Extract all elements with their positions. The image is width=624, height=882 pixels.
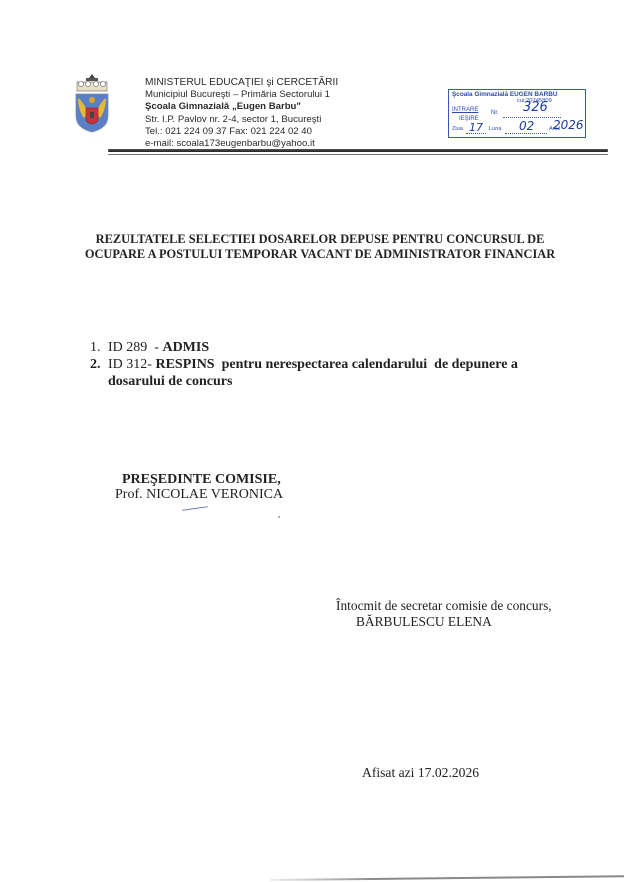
- document-title: REZULTATELE SELECTIEI DOSARELOR DEPUSE P…: [80, 232, 560, 262]
- stamp-luna-label: Luna: [489, 126, 501, 132]
- result-status: ADMIS: [162, 340, 209, 355]
- result-reason: pentru nerespectarea calendarului de dep…: [215, 357, 518, 372]
- signature-mark: [182, 506, 208, 511]
- result-item: 1. ID 289 - ADMIS: [90, 339, 518, 356]
- president-title: PREŞEDINTE COMISIE,: [122, 472, 281, 488]
- coat-of-arms-icon: [72, 72, 112, 134]
- results-list: 1. ID 289 - ADMIS 2. ID 312- RESPINS pen…: [90, 339, 518, 390]
- stamp-school: Şcoala Gimnazială EUGEN BARBU: [452, 91, 557, 98]
- secretary-name: BĂRBULESCU ELENA: [356, 614, 492, 630]
- result-item-continuation: dosarului de concurs: [90, 373, 518, 390]
- registration-stamp: Şcoala Gimnazială EUGEN BARBU cui:207458…: [448, 89, 586, 138]
- school-name: Şcoala Gimnazială „Eugen Barbu": [145, 101, 338, 113]
- stamp-nr-value: 326: [523, 100, 548, 115]
- signature-dot: [278, 516, 280, 518]
- stamp-intrare: INTRARE: [452, 107, 478, 113]
- school-address: Str. I.P. Pavlov nr. 2-4, sector 1, Bucu…: [145, 114, 338, 126]
- municipality: Municipiul Bucureşti – Primăria Sectorul…: [145, 89, 338, 101]
- president-name: Prof. NICOLAE VERONICA: [115, 487, 283, 503]
- scan-edge-line: [270, 875, 624, 880]
- result-id: ID 312: [108, 357, 147, 372]
- result-number: 1.: [90, 339, 101, 356]
- stamp-anul-value: 2026: [553, 118, 584, 132]
- result-status: RESPINS: [155, 357, 214, 372]
- header-divider-thin: [108, 154, 608, 155]
- header-divider: [108, 149, 608, 152]
- result-item: 2. ID 312- RESPINS pentru nerespectarea …: [90, 356, 518, 373]
- phone-fax: Tel.: 021 224 09 37 Fax: 021 224 02 40: [145, 126, 338, 138]
- title-line-1: REZULTATELE SELECTIEI DOSARELOR DEPUSE P…: [80, 232, 560, 247]
- secretary-label: Întocmit de secretar comisie de concurs,: [336, 598, 552, 614]
- result-number: 2.: [90, 356, 101, 373]
- result-id: ID 289: [108, 340, 147, 355]
- result-reason-continued: dosarului de concurs: [108, 374, 232, 389]
- letterhead: MINISTERUL EDUCAŢIEI şi CERCETĂRII Munic…: [145, 77, 338, 150]
- posted-date: Afisat azi 17.02.2026: [362, 765, 479, 781]
- stamp-ziua-value: 17: [469, 121, 483, 134]
- stamp-ziua-label: Ziua: [452, 126, 463, 132]
- ministry-name: MINISTERUL EDUCAŢIEI şi CERCETĂRII: [145, 77, 338, 89]
- result-separator: -: [147, 340, 162, 355]
- title-line-2: OCUPARE A POSTULUI TEMPORAR VACANT DE AD…: [80, 247, 560, 262]
- stamp-luna-value: 02: [519, 119, 534, 133]
- stamp-nr-label: Nr.: [491, 110, 499, 116]
